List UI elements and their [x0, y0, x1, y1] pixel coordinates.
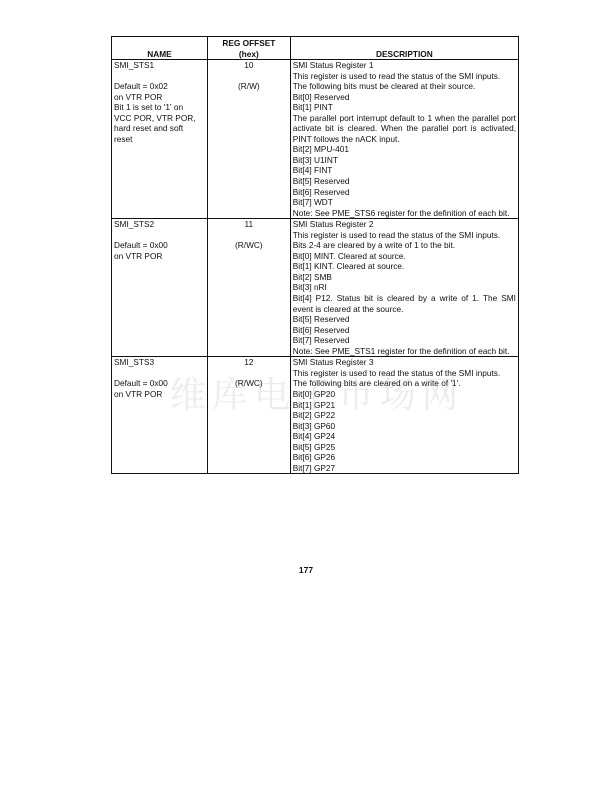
- table-header-row: NAME REG OFFSET (hex) DESCRIPTION: [112, 37, 519, 60]
- header-reg-offset-line1: REG OFFSET: [210, 38, 288, 49]
- table-row: SMI_STS2Default = 0x00on VTR POR11(R/WC)…: [112, 219, 519, 357]
- header-name: NAME: [112, 37, 208, 60]
- register-description-cell: SMI Status Register 1This register is us…: [290, 60, 518, 219]
- register-offset-cell: 10(R/W): [207, 60, 290, 219]
- register-access: (R/WC): [210, 378, 288, 389]
- register-description-cell: SMI Status Register 2This register is us…: [290, 219, 518, 357]
- header-reg-offset: REG OFFSET (hex): [207, 37, 290, 60]
- description-line: SMI Status Register 2: [293, 219, 516, 230]
- spacer: [114, 230, 205, 241]
- description-line: Bit[1] PINT: [293, 102, 516, 113]
- register-offset: 11: [210, 219, 288, 230]
- register-name-cell: SMI_STS2Default = 0x00on VTR POR: [112, 219, 208, 357]
- description-line: Bit[2] SMB: [293, 272, 516, 283]
- register-access: (R/WC): [210, 240, 288, 251]
- description-line: Bit[3] nRI: [293, 282, 516, 293]
- spacer: [114, 71, 205, 82]
- register-offset: 12: [210, 357, 288, 368]
- description-line: Bit[3] GP60: [293, 421, 516, 432]
- description-line: This register is used to read the status…: [293, 71, 516, 82]
- page-number: 177: [0, 565, 612, 575]
- description-line: Bit[6] GP26: [293, 452, 516, 463]
- description-line: Bit[5] Reserved: [293, 314, 516, 325]
- description-line: This register is used to read the status…: [293, 230, 516, 241]
- description-line: The parallel port interrupt default to 1…: [293, 113, 516, 145]
- register-name: SMI_STS3: [114, 357, 205, 368]
- description-line: This register is used to read the status…: [293, 368, 516, 379]
- description-line: Bit[4] GP24: [293, 431, 516, 442]
- description-line: Bit[2] GP22: [293, 410, 516, 421]
- register-default-line: Default = 0x00: [114, 240, 205, 251]
- register-default-line: VCC POR, VTR POR,: [114, 113, 205, 124]
- spacer: [210, 368, 288, 379]
- description-line: Bit[7] WDT: [293, 197, 516, 208]
- table-row: SMI_STS3Default = 0x00on VTR POR12(R/WC)…: [112, 357, 519, 474]
- description-line: SMI Status Register 1: [293, 60, 516, 71]
- header-description: DESCRIPTION: [290, 37, 518, 60]
- description-line: Bits 2-4 are cleared by a write of 1 to …: [293, 240, 516, 251]
- register-name: SMI_STS2: [114, 219, 205, 230]
- register-table: NAME REG OFFSET (hex) DESCRIPTION SMI_ST…: [111, 36, 519, 474]
- spacer: [210, 71, 288, 82]
- register-default-line: Default = 0x02: [114, 81, 205, 92]
- description-line: Bit[6] Reserved: [293, 325, 516, 336]
- description-line: The following bits are cleared on a writ…: [293, 378, 516, 389]
- register-description-cell: SMI Status Register 3This register is us…: [290, 357, 518, 474]
- description-line: Note: See PME_STS1 register for the defi…: [293, 346, 516, 357]
- register-name: SMI_STS1: [114, 60, 205, 71]
- register-default-line: on VTR POR: [114, 389, 205, 400]
- register-offset: 10: [210, 60, 288, 71]
- register-default-line: Bit 1 is set to '1' on: [114, 102, 205, 113]
- register-access: (R/W): [210, 81, 288, 92]
- description-line: Bit[2] MPU-401: [293, 144, 516, 155]
- spacer: [210, 230, 288, 241]
- register-name-cell: SMI_STS3Default = 0x00on VTR POR: [112, 357, 208, 474]
- description-line: Bit[1] KINT. Cleared at source.: [293, 261, 516, 272]
- table-row: SMI_STS1Default = 0x02on VTR PORBit 1 is…: [112, 60, 519, 219]
- register-default-line: on VTR POR: [114, 92, 205, 103]
- description-line: Bit[4] FINT: [293, 165, 516, 176]
- register-offset-cell: 12(R/WC): [207, 357, 290, 474]
- description-line: Bit[4] P12. Status bit is cleared by a w…: [293, 293, 516, 314]
- register-name-cell: SMI_STS1Default = 0x02on VTR PORBit 1 is…: [112, 60, 208, 219]
- document-page: NAME REG OFFSET (hex) DESCRIPTION SMI_ST…: [0, 0, 612, 792]
- description-line: Bit[7] Reserved: [293, 335, 516, 346]
- spacer: [114, 368, 205, 379]
- register-default-line: Default = 0x00: [114, 378, 205, 389]
- description-line: Bit[0] GP20: [293, 389, 516, 400]
- register-offset-cell: 11(R/WC): [207, 219, 290, 357]
- description-line: Note: See PME_STS6 register for the defi…: [293, 208, 516, 219]
- description-line: Bit[1] GP21: [293, 400, 516, 411]
- register-default-line: on VTR POR: [114, 251, 205, 262]
- header-reg-offset-line2: (hex): [210, 49, 288, 60]
- description-line: Bit[7] GP27: [293, 463, 516, 474]
- description-line: Bit[5] Reserved: [293, 176, 516, 187]
- description-line: Bit[6] Reserved: [293, 187, 516, 198]
- register-default-line: reset: [114, 134, 205, 145]
- description-line: Bit[5] GP25: [293, 442, 516, 453]
- register-default-line: hard reset and soft: [114, 123, 205, 134]
- description-line: SMI Status Register 3: [293, 357, 516, 368]
- description-line: Bit[3] U1INT: [293, 155, 516, 166]
- description-line: Bit[0] Reserved: [293, 92, 516, 103]
- description-line: The following bits must be cleared at th…: [293, 81, 516, 92]
- description-line: Bit[0] MINT. Cleared at source.: [293, 251, 516, 262]
